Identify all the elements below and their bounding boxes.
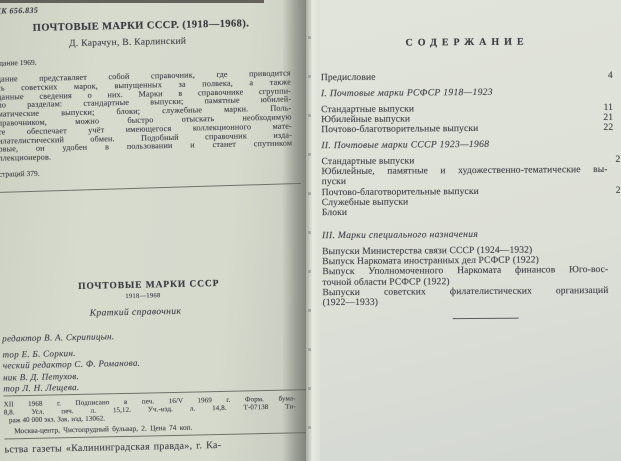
- toc-heading: СОДЕРЖАНИЕ: [320, 36, 613, 49]
- toc-entry-label: Блоки: [322, 206, 608, 219]
- toc-entry-label: Предисловие: [321, 71, 602, 84]
- toc-entry: II. Почтовые марки СССР 1923—1968: [321, 139, 613, 152]
- toc-entry-label: (1922—1933): [323, 296, 609, 309]
- book-gutter-shadow: [282, 0, 306, 461]
- book-header-title: ПОЧТОВЫЕ МАРКИ СССР. (1918—1968).: [33, 18, 250, 34]
- toc-entry-label: Почтово-благотворительные выпуски: [321, 123, 597, 135]
- authors-line: Д. Карачун, В. Карлинский: [69, 37, 186, 49]
- toc-entry: Почтово-благотворительные выпуски 22: [321, 123, 613, 136]
- credit-line: редактор В. А. Скрипицын.: [2, 327, 302, 345]
- divider-rule: [0, 183, 301, 193]
- colophon-book-title: ПОЧТОВЫЕ МАРКИ СССР: [78, 279, 219, 292]
- toc-entry-page-number: 4: [608, 71, 613, 81]
- imprint-block: XII 1968 г. Подписано в печ. 16/V 1969 г…: [4, 394, 296, 425]
- toc-end-divider: [453, 318, 519, 320]
- left-page-content: ДК 656.835 ПОЧТОВЫЕ МАРКИ СССР. (1918—19…: [0, 0, 311, 461]
- toc-list: Предисловие 4 I. Почтовые марки РСФСР 19…: [321, 71, 615, 309]
- right-page: СОДЕРЖАНИЕ Предисловие 4 I. Почтовые мар…: [320, 0, 621, 461]
- colophon-subtitle: Краткий справочник: [90, 307, 182, 319]
- colophon-book-years: 1918—1968: [125, 292, 160, 300]
- book-spread-photo: ДК 656.835 ПОЧТОВЫЕ МАРКИ СССР. (1918—19…: [0, 0, 621, 461]
- photo-top-edge: [0, 0, 264, 3]
- toc-entry: I. Почтовые марки РСФСР 1918—1923: [321, 87, 613, 100]
- toc-entry-label: III. Марки специального назначения: [322, 228, 614, 241]
- toc-entry-page-number: 2: [616, 155, 621, 165]
- toc-entry-page-number: 2: [616, 185, 621, 195]
- toc-entry: Предисловие 4: [321, 71, 613, 84]
- udk-number: ДК 656.835: [0, 6, 38, 16]
- annotation-paragraph: дание представляет собой справочник, где…: [0, 69, 293, 163]
- toc-entry-label: II. Почтовые марки СССР 1923—1968: [321, 139, 613, 152]
- illustrations-note: страций 379.: [0, 169, 40, 179]
- toc-entry-label: I. Почтовые марки РСФСР 1918—1923: [321, 87, 613, 100]
- credits-block: редактор В. А. Скрипицын.тор Е. Б. Сорки…: [2, 327, 303, 395]
- publisher-address: Москва-центр, Чистопрудный бульвар, 2. Ц…: [14, 423, 192, 436]
- left-page: ДК 656.835 ПОЧТОВЫЕ МАРКИ СССР. (1918—19…: [0, 0, 306, 461]
- printer-line: ьства газеты «Калининградская правда», г…: [4, 440, 221, 456]
- right-page-content: СОДЕРЖАНИЕ Предисловие 4 I. Почтовые мар…: [318, 0, 621, 461]
- toc-entry: III. Марки специального назначения: [322, 228, 614, 241]
- toc-entry: (1922—1933): [323, 296, 615, 309]
- toc-entry-page-number: 22: [603, 123, 613, 133]
- toc-entry: Блоки: [322, 206, 614, 219]
- edition-note: здание 1969.: [0, 58, 37, 68]
